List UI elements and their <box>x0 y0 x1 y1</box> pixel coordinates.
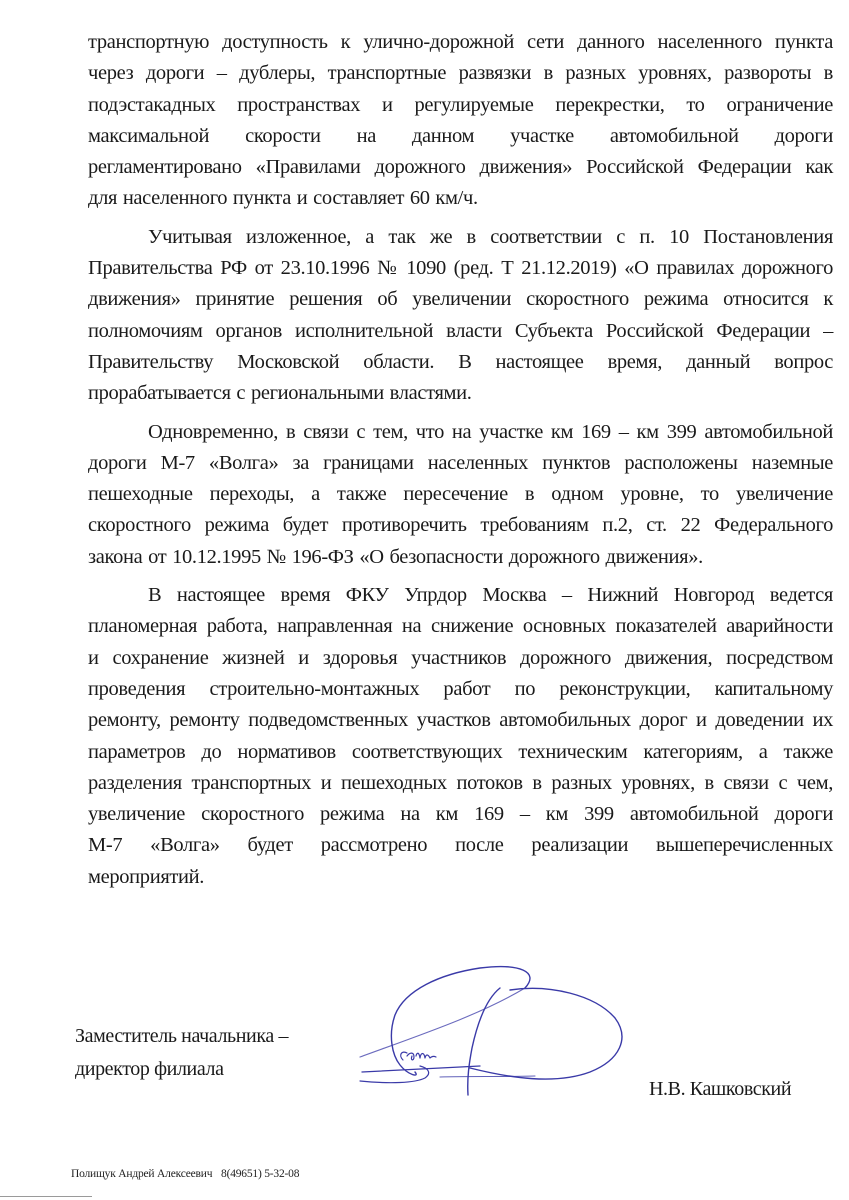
text-line: планомерная работа, направленная на сниж… <box>88 611 833 642</box>
paragraph-4: В настоящее время ФКУ Упрдор Москва – Ни… <box>88 580 833 893</box>
text-line: проведения строительно-монтажных работ п… <box>88 674 833 705</box>
text-line: ремонту, ремонту подведомственных участк… <box>88 705 833 736</box>
text-line: прорабатывается с региональными властями… <box>88 378 833 409</box>
text-line: М-7 «Волга» будет рассмотрено после реал… <box>88 830 833 861</box>
text-line: Правительству Московской области. В наст… <box>88 347 833 378</box>
signatory-position-line-1: Заместитель начальника – <box>75 1025 288 1048</box>
text-line: скоростного режима будет противоречить т… <box>88 510 833 541</box>
text-line: Учитывая изложенное, а так же в соответс… <box>88 222 833 253</box>
text-line: и сохранение жизней и здоровья участнико… <box>88 643 833 674</box>
signatory-position-line-2: директор филиала <box>75 1058 224 1081</box>
text-line: дороги М-7 «Волга» за границами населенн… <box>88 448 833 479</box>
text-line: закона от 10.12.1995 № 196-ФЗ «О безопас… <box>88 542 833 573</box>
paragraph-3: Одновременно, в связи с тем, что на учас… <box>88 417 833 573</box>
paragraph-2: Учитывая изложенное, а так же в соответс… <box>88 222 833 410</box>
signatory-name: Н.В. Кашковский <box>649 1078 791 1101</box>
text-line: полномочиям органов исполнительной власт… <box>88 316 833 347</box>
text-line: максимальной скорости на данном участке … <box>88 121 833 152</box>
text-line: мероприятий. <box>88 862 833 893</box>
text-line: для населенного пункта и составляет 60 к… <box>88 183 833 214</box>
handwritten-signature-icon <box>340 960 640 1110</box>
letter-body: транспортную доступность к улично-дорожн… <box>88 27 833 893</box>
text-line: подэстакадных пространствах и регулируем… <box>88 90 833 121</box>
executor-phone: 8(49651) 5-32-08 <box>221 1168 299 1180</box>
text-line: разделения транспортных и пешеходных пот… <box>88 768 833 799</box>
executor-name: Полищук Андрей Алексеевич <box>71 1168 212 1180</box>
paragraph-1: транспортную доступность к улично-дорожн… <box>88 27 833 215</box>
document-page: транспортную доступность к улично-дорожн… <box>0 0 849 1200</box>
text-line: Одновременно, в связи с тем, что на учас… <box>88 417 833 448</box>
footer-divider <box>0 1196 92 1197</box>
text-line: пешеходные переходы, а также пересечение… <box>88 479 833 510</box>
text-line: Правительства РФ от 23.10.1996 № 1090 (р… <box>88 253 833 284</box>
text-line: транспортную доступность к улично-дорожн… <box>88 27 833 58</box>
text-line: регламентировано «Правилами дорожного дв… <box>88 152 833 183</box>
text-line: параметров до нормативов соответствующих… <box>88 737 833 768</box>
text-line: движения» принятие решения об увеличении… <box>88 284 833 315</box>
executor-contact: Полищук Андрей Алексеевич 8(49651) 5-32-… <box>71 1168 299 1180</box>
text-line: В настоящее время ФКУ Упрдор Москва – Ни… <box>88 580 833 611</box>
text-line: увеличение скоростного режима на км 169 … <box>88 799 833 830</box>
text-line: через дороги – дублеры, транспортные раз… <box>88 58 833 89</box>
